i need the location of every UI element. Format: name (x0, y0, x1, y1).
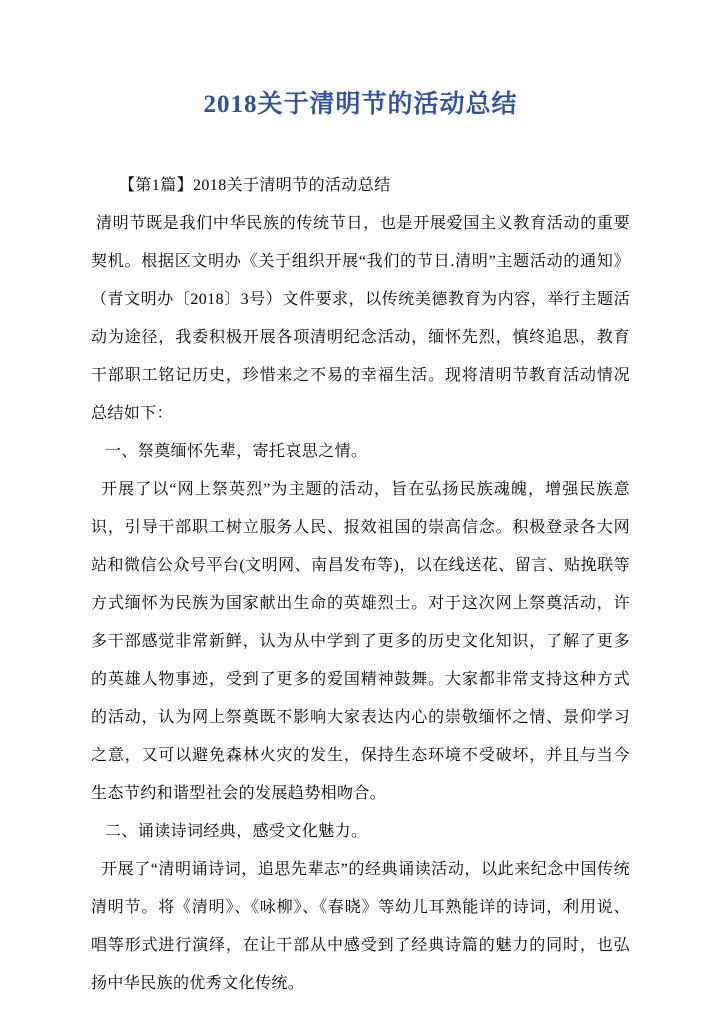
paragraph: 开展了以“网上祭英烈”为主题的活动，旨在弘扬民族魂魄，增强民族意识，引导干部职工… (91, 471, 630, 813)
paragraph: 清明节既是我们中华民族的传统节日，也是开展爱国主义教育活动的重要契机。根据区文明… (91, 205, 630, 433)
page-title: 2018关于清明节的活动总结 (91, 84, 630, 126)
paragraph: 二、诵读诗词经典，感受文化魅力。 (91, 813, 630, 851)
document-page: 2018关于清明节的活动总结 【第1篇】2018关于清明节的活动总结清明节既是我… (0, 0, 721, 1020)
paragraph: 一、祭奠缅怀先辈，寄托哀思之情。 (91, 433, 630, 471)
document-body: 【第1篇】2018关于清明节的活动总结清明节既是我们中华民族的传统节日，也是开展… (91, 167, 630, 1003)
paragraph: 【第1篇】2018关于清明节的活动总结 (91, 167, 630, 205)
paragraph: 开展了“清明诵诗词，追思先辈志”的经典诵读活动，以此来纪念中国传统清明节。将《清… (91, 851, 630, 1003)
